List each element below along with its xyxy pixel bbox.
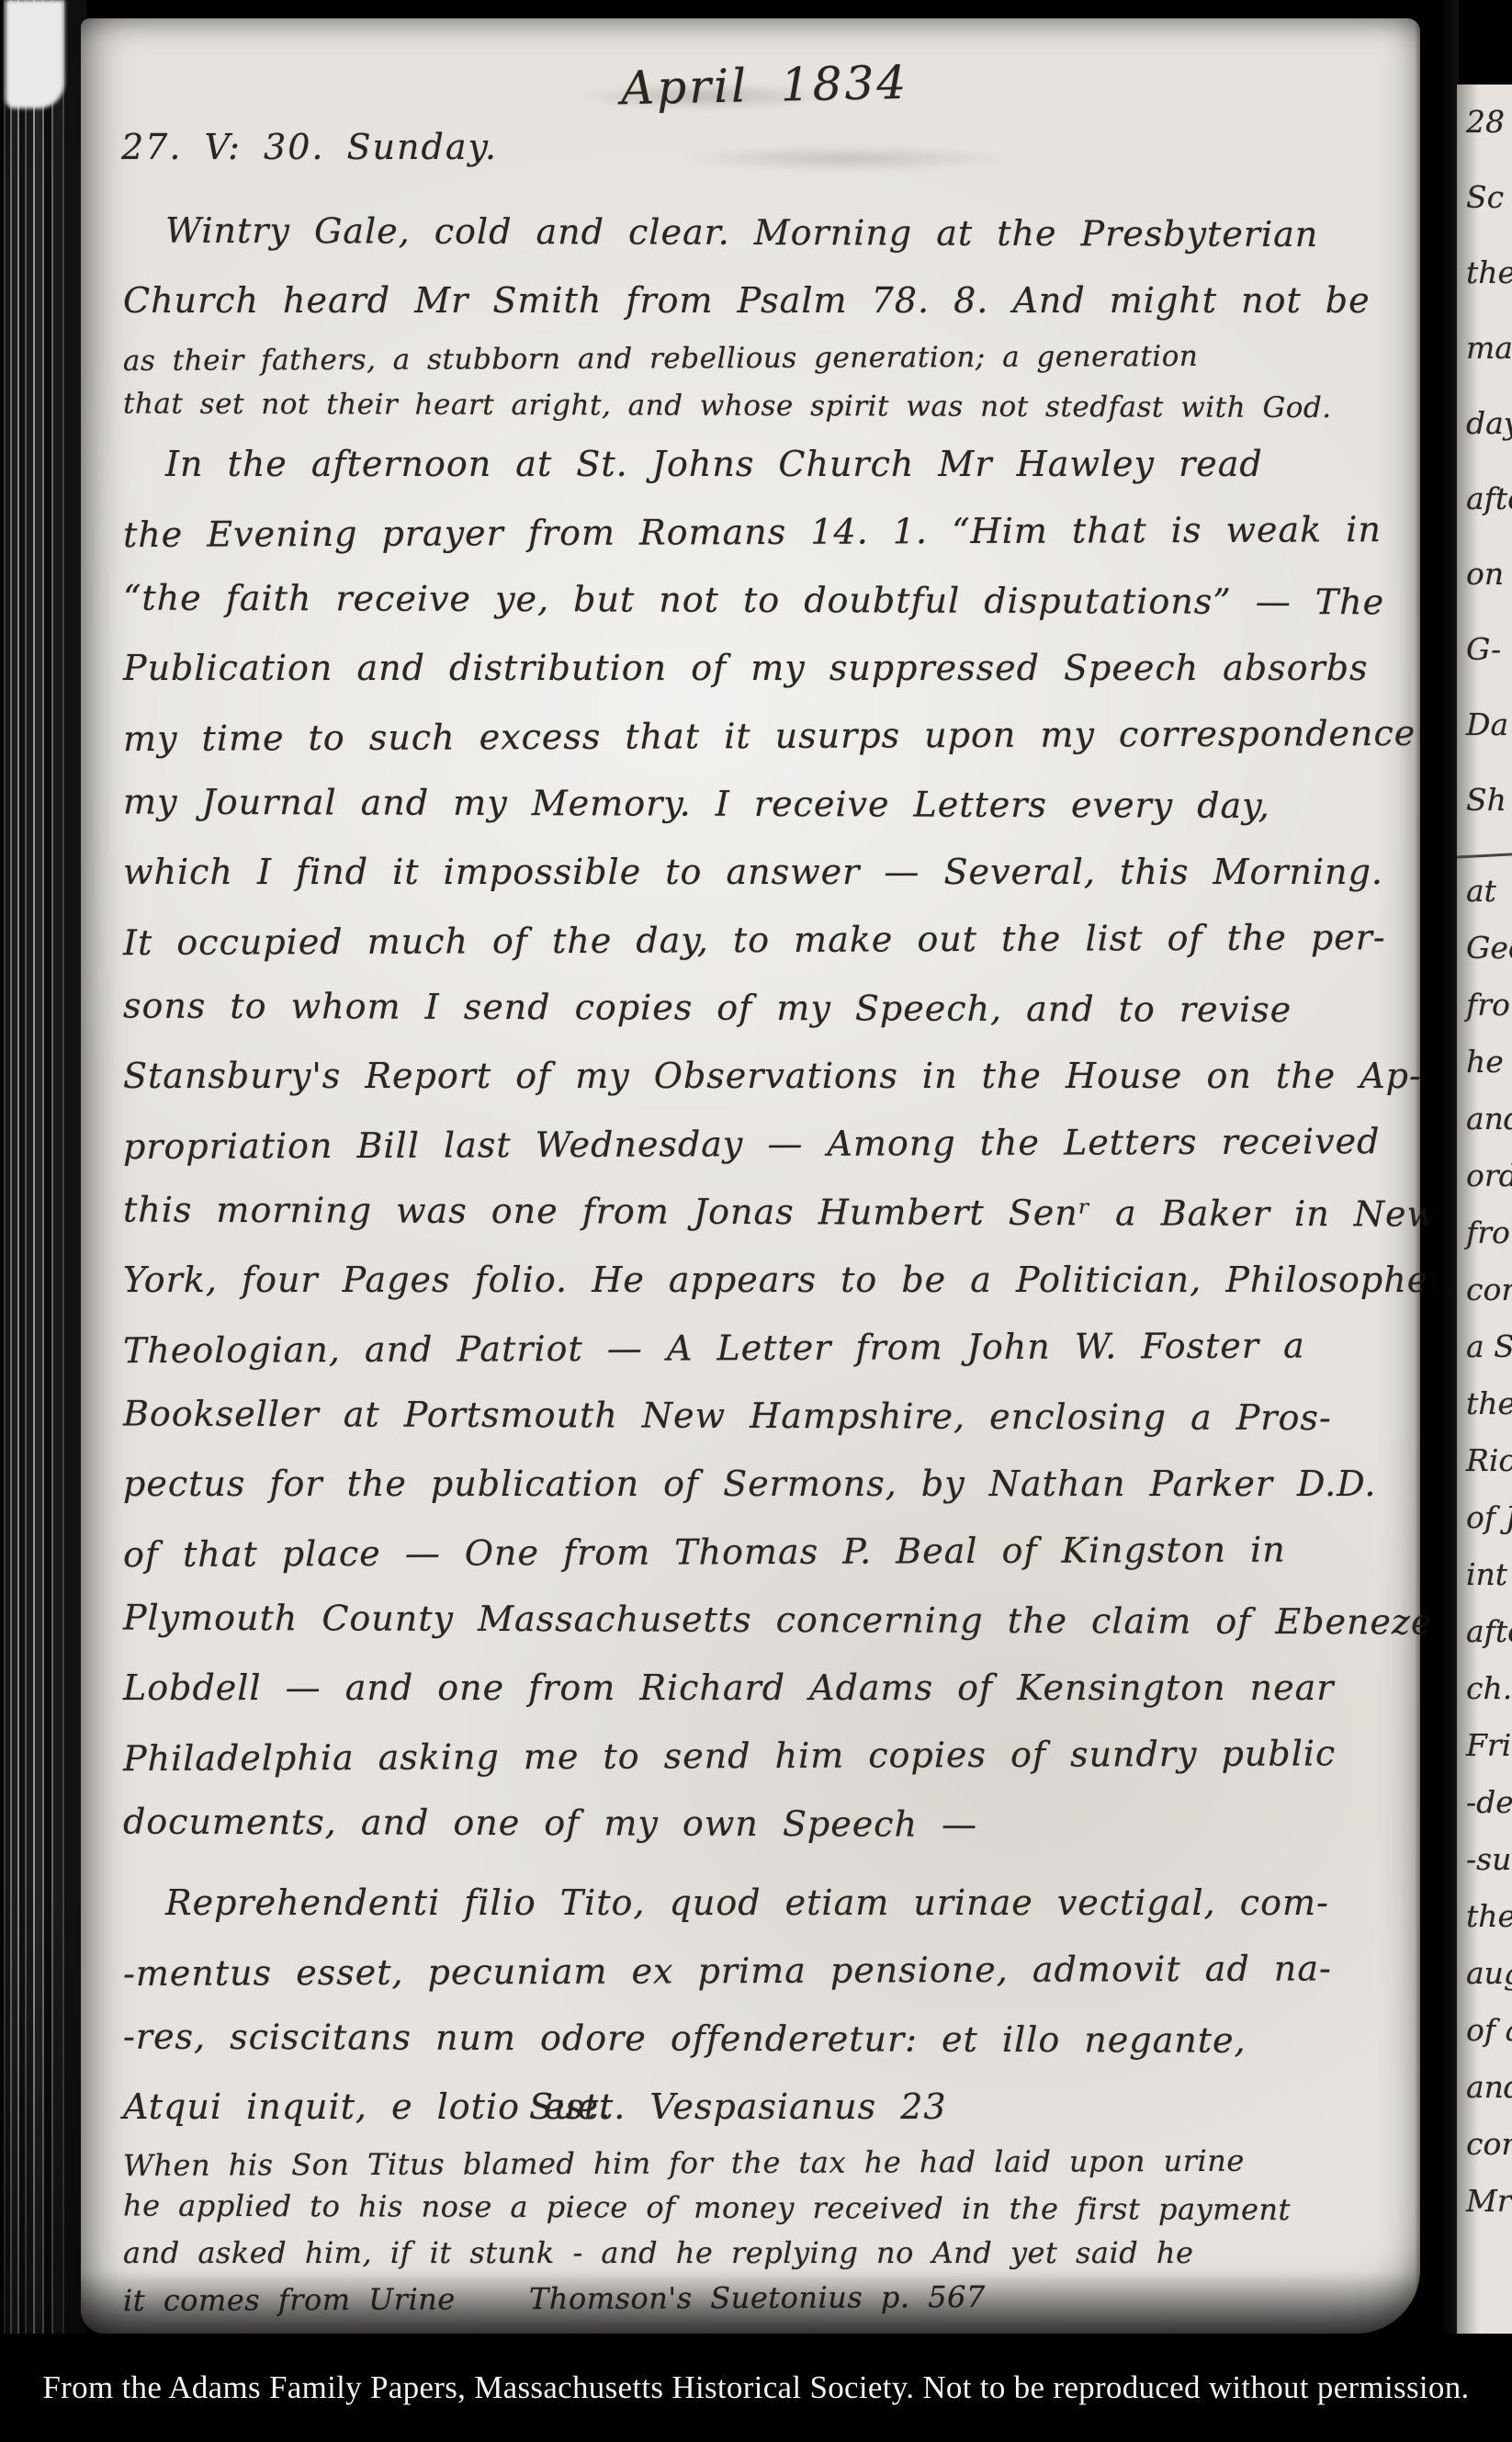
manuscript-line: Wintry Gale, cold and clear. Morning at …: [123, 197, 1413, 269]
facing-page-fragment: Fri: [1457, 1717, 1512, 1774]
manuscript-line: In the afternoon at St. Johns Church Mr …: [123, 430, 1413, 498]
manuscript-line: of that place — One from Thomas P. Beal …: [123, 1515, 1413, 1588]
manuscript-line: my Journal and my Memory. I receive Lett…: [123, 768, 1413, 841]
facing-page-fragment: from: [1457, 1204, 1512, 1261]
book-gutter: [1415, 0, 1459, 2354]
manuscript-line: this morning was one from Jonas Humbert …: [123, 1176, 1413, 1249]
manuscript-line-text: -mentus esset, pecuniam ex prima pension…: [123, 1948, 1332, 1994]
manuscript-line: propriation Bill last Wednesday — Among …: [123, 1107, 1413, 1181]
facing-page-fragment: int: [1457, 1546, 1512, 1603]
facing-page-fragment: Sc: [1457, 160, 1512, 235]
manuscript-line-text: Theologian, and Patriot — A Letter from …: [123, 1325, 1305, 1371]
facing-page-fragment: ch. 1: [1457, 1660, 1512, 1717]
manuscript-line: as their fathers, a stubborn and rebelli…: [123, 332, 1413, 385]
manuscript-line: that set not their heart aright, and who…: [123, 380, 1413, 433]
facing-page-fragment: he p: [1457, 1034, 1512, 1091]
book-page-edges: [0, 0, 86, 2354]
manuscript-line: Lobdell — and one from Richard Adams of …: [123, 1654, 1413, 1722]
manuscript-line-text: that set not their heart aright, and who…: [123, 388, 1332, 425]
facing-page-fragment: Mr 2: [1457, 2173, 1512, 2230]
manuscript-line: Stansbury's Report of my Observations in…: [123, 1042, 1413, 1110]
facing-page-fragment: at: [1457, 863, 1512, 920]
manuscript-line-text: it comes from Urine: [123, 2281, 456, 2318]
facing-page-strip: 28ScthemadayafteonG-DaSh atGeorfrohe pan…: [1457, 85, 1512, 2350]
facing-page-fragment: day: [1457, 386, 1512, 461]
manuscript-line-text: sons to whom I send copies of my Speech,…: [123, 986, 1292, 1030]
manuscript-line-text: this morning was one from Jonas Humbert …: [123, 1190, 1438, 1235]
facing-page-fragment: Geor: [1457, 920, 1512, 977]
facing-page-fragment: Da: [1457, 687, 1512, 763]
facing-page-fragment: fro: [1457, 977, 1512, 1034]
manuscript-line: Atqui inquit, e lotio est.Suet. Vespasia…: [123, 2073, 1413, 2141]
manuscript-line: and asked him, if it stunk - and he repl…: [123, 2231, 1413, 2276]
manuscript-line-text: Wintry Gale, cold and clear. Morning at …: [165, 210, 1318, 254]
manuscript-body: Wintry Gale, cold and clear. Morning at …: [123, 198, 1413, 2321]
manuscript-line: Plymouth County Massachusetts concerning…: [123, 1584, 1413, 1656]
facing-page-fragment: -sur: [1457, 1831, 1512, 1888]
facing-page-fragment: ord: [1457, 1148, 1512, 1204]
facing-page-fragment: 28: [1457, 85, 1512, 160]
manuscript-line-text: -res, sciscitans num odore offenderetur:…: [123, 2017, 1247, 2061]
facing-page-fragment: and: [1457, 2059, 1512, 2116]
facing-page-fragment: the: [1457, 235, 1512, 311]
facing-page-fragment: afte: [1457, 461, 1512, 537]
manuscript-line-text: Bookseller at Portsmouth New Hampshire, …: [123, 1394, 1332, 1439]
facing-page-fragment: Ric: [1457, 1432, 1512, 1489]
entry-heading: 27. V: 30. Sunday.: [121, 127, 498, 167]
manuscript-line-text: “the faith receive ye, but not to doubtf…: [123, 578, 1384, 623]
manuscript-line: pectus for the publication of Sermons, b…: [123, 1450, 1413, 1518]
manuscript-line: my time to such excess that it usurps up…: [123, 699, 1413, 773]
facing-page-fragment: G-: [1457, 612, 1512, 687]
facing-page-fragment: the: [1457, 1888, 1512, 1945]
facing-page-fragment: Sh: [1457, 763, 1512, 838]
manuscript-line: Reprehendenti filio Tito, quod etiam uri…: [123, 1869, 1413, 1937]
manuscript-line-text: and asked him, if it stunk - and he repl…: [123, 2235, 1193, 2270]
citation-note: Thomson's Suetonius p. 567: [529, 2275, 986, 2322]
manuscript-line: -res, sciscitans num odore offenderetur:…: [123, 2003, 1413, 2075]
manuscript-line: Theologian, and Patriot — A Letter from …: [123, 1311, 1413, 1385]
facing-page-fragment: of Ju: [1457, 1489, 1512, 1546]
facing-page-fragment: ma: [1457, 311, 1512, 386]
manuscript-line: Church heard Mr Smith from Psalm 78. 8. …: [123, 266, 1413, 334]
manuscript-line-text: Plymouth County Massachusetts concerning…: [123, 1598, 1450, 1643]
manuscript-line-text: Lobdell — and one from Richard Adams of …: [123, 1668, 1334, 1708]
facing-fragments-top: 28ScthemadayafteonG-DaSh: [1457, 85, 1512, 838]
manuscript-line-text: Publication and distribution of my suppr…: [123, 648, 1369, 688]
manuscript-line-text: propriation Bill last Wednesday — Among …: [123, 1121, 1381, 1167]
page-header-date: April 1834: [620, 56, 908, 116]
facing-page-fragment: on: [1457, 537, 1512, 612]
manuscript-line-text: of that place — One from Thomas P. Beal …: [123, 1530, 1286, 1576]
caption-bar: From the Adams Family Papers, Massachuse…: [0, 2334, 1512, 2442]
manuscript-line: Philadelphia asking me to send him copie…: [123, 1719, 1413, 1792]
facing-fragments-bottom: atGeorfrohe pandordfromconda SptheRicof …: [1457, 863, 1512, 2230]
manuscript-line-text: Philadelphia asking me to send him copie…: [123, 1733, 1336, 1779]
attribution-caption: From the Adams Family Papers, Massachuse…: [42, 2369, 1469, 2406]
facing-page-fragment: cond: [1457, 1261, 1512, 1318]
diary-page: April 1834 27. V: 30. Sunday. Wintry Gal…: [81, 18, 1420, 2334]
facing-page-fragment: afte: [1457, 1603, 1512, 1660]
citation-note: Suet. Vespasianus 23: [529, 2073, 947, 2141]
manuscript-line: which I find it impossible to answer — S…: [123, 838, 1413, 906]
manuscript-line: it comes from UrineThomson's Suetonius p…: [123, 2273, 1413, 2323]
facing-page-fragment: of a la: [1457, 2002, 1512, 2059]
manuscript-line-text: pectus for the publication of Sermons, b…: [123, 1464, 1376, 1504]
facing-page-fragment: augh: [1457, 1945, 1512, 2002]
manuscript-line: -mentus esset, pecuniam ex prima pension…: [123, 1934, 1413, 2007]
manuscript-line-text: which I find it impossible to answer — S…: [123, 852, 1383, 892]
manuscript-line: York, four Pages folio. He appears to be…: [123, 1246, 1413, 1314]
manuscript-line: sons to whom I send copies of my Speech,…: [123, 972, 1413, 1045]
facing-page-rule: [1457, 853, 1512, 859]
manuscript-line-text: It occupied much of the day, to make out…: [123, 917, 1386, 963]
manuscript-line-text: In the afternoon at St. Johns Church Mr …: [165, 444, 1263, 484]
manuscript-line: When his Son Titus blamed him for the ta…: [123, 2138, 1413, 2188]
facing-page-fragment: and: [1457, 1091, 1512, 1148]
manuscript-line-text: documents, and one of my own Speech —: [123, 1802, 977, 1845]
manuscript-line-text: my Journal and my Memory. I receive Lett…: [123, 782, 1270, 826]
manuscript-line: the Evening prayer from Romans 14. 1. “H…: [123, 495, 1413, 569]
manuscript-line: It occupied much of the day, to make out…: [123, 903, 1413, 977]
manuscript-line-text: the Evening prayer from Romans 14. 1. “H…: [123, 509, 1382, 555]
manuscript-line-text: Church heard Mr Smith from Psalm 78. 8. …: [123, 280, 1371, 321]
facing-page-fragment: the: [1457, 1375, 1512, 1432]
manuscript-line: Publication and distribution of my suppr…: [123, 634, 1413, 702]
facing-page-fragment: -dem: [1457, 1774, 1512, 1831]
manuscript-line: “the faith receive ye, but not to doubtf…: [123, 564, 1413, 637]
manuscript-line: documents, and one of my own Speech —: [123, 1788, 1413, 1860]
page-corner-highlight: [6, 0, 64, 108]
manuscript-line-text: he applied to his nose a piece of money …: [123, 2188, 1291, 2227]
manuscript-line-text: When his Son Titus blamed him for the ta…: [123, 2143, 1245, 2183]
manuscript-line: Bookseller at Portsmouth New Hampshire, …: [123, 1380, 1413, 1453]
manuscript-line-text: Reprehendenti filio Tito, quod etiam uri…: [165, 1882, 1329, 1923]
manuscript-line-text: York, four Pages folio. He appears to be…: [123, 1260, 1454, 1300]
manuscript-line-text: Stansbury's Report of my Observations in…: [123, 1056, 1422, 1096]
manuscript-line-text: my time to such excess that it usurps up…: [123, 713, 1416, 759]
facing-page-fragment: a Sp: [1457, 1318, 1512, 1375]
manuscript-line-text: as their fathers, a stubborn and rebelli…: [123, 340, 1198, 378]
facing-page-fragment: comn: [1457, 2116, 1512, 2173]
manuscript-line: he applied to his nose a piece of money …: [123, 2184, 1413, 2233]
